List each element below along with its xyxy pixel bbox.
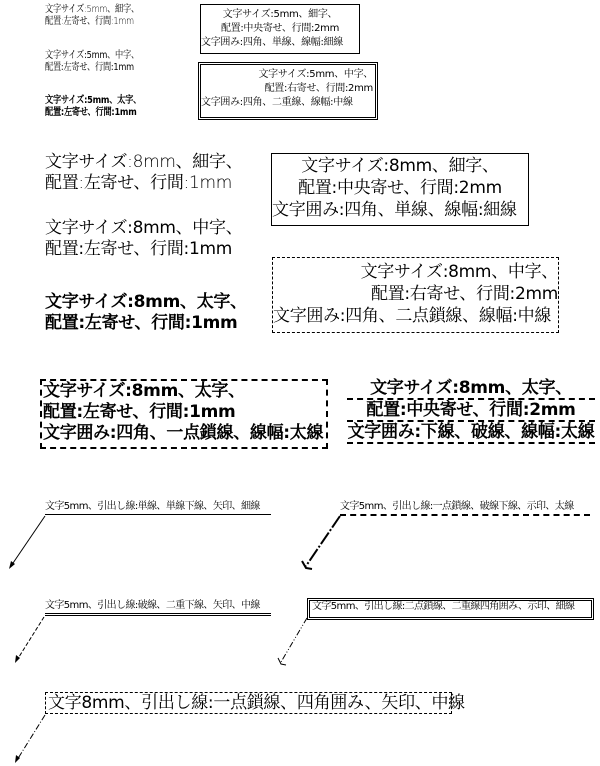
- leader-lines: [0, 0, 600, 766]
- arrow-leader-1: [9, 516, 45, 569]
- tick-leader-2: [302, 516, 340, 569]
- arrow-leader-5: [15, 715, 45, 763]
- arrow-leader-3: [15, 617, 44, 663]
- tick-leader-4: [278, 618, 307, 665]
